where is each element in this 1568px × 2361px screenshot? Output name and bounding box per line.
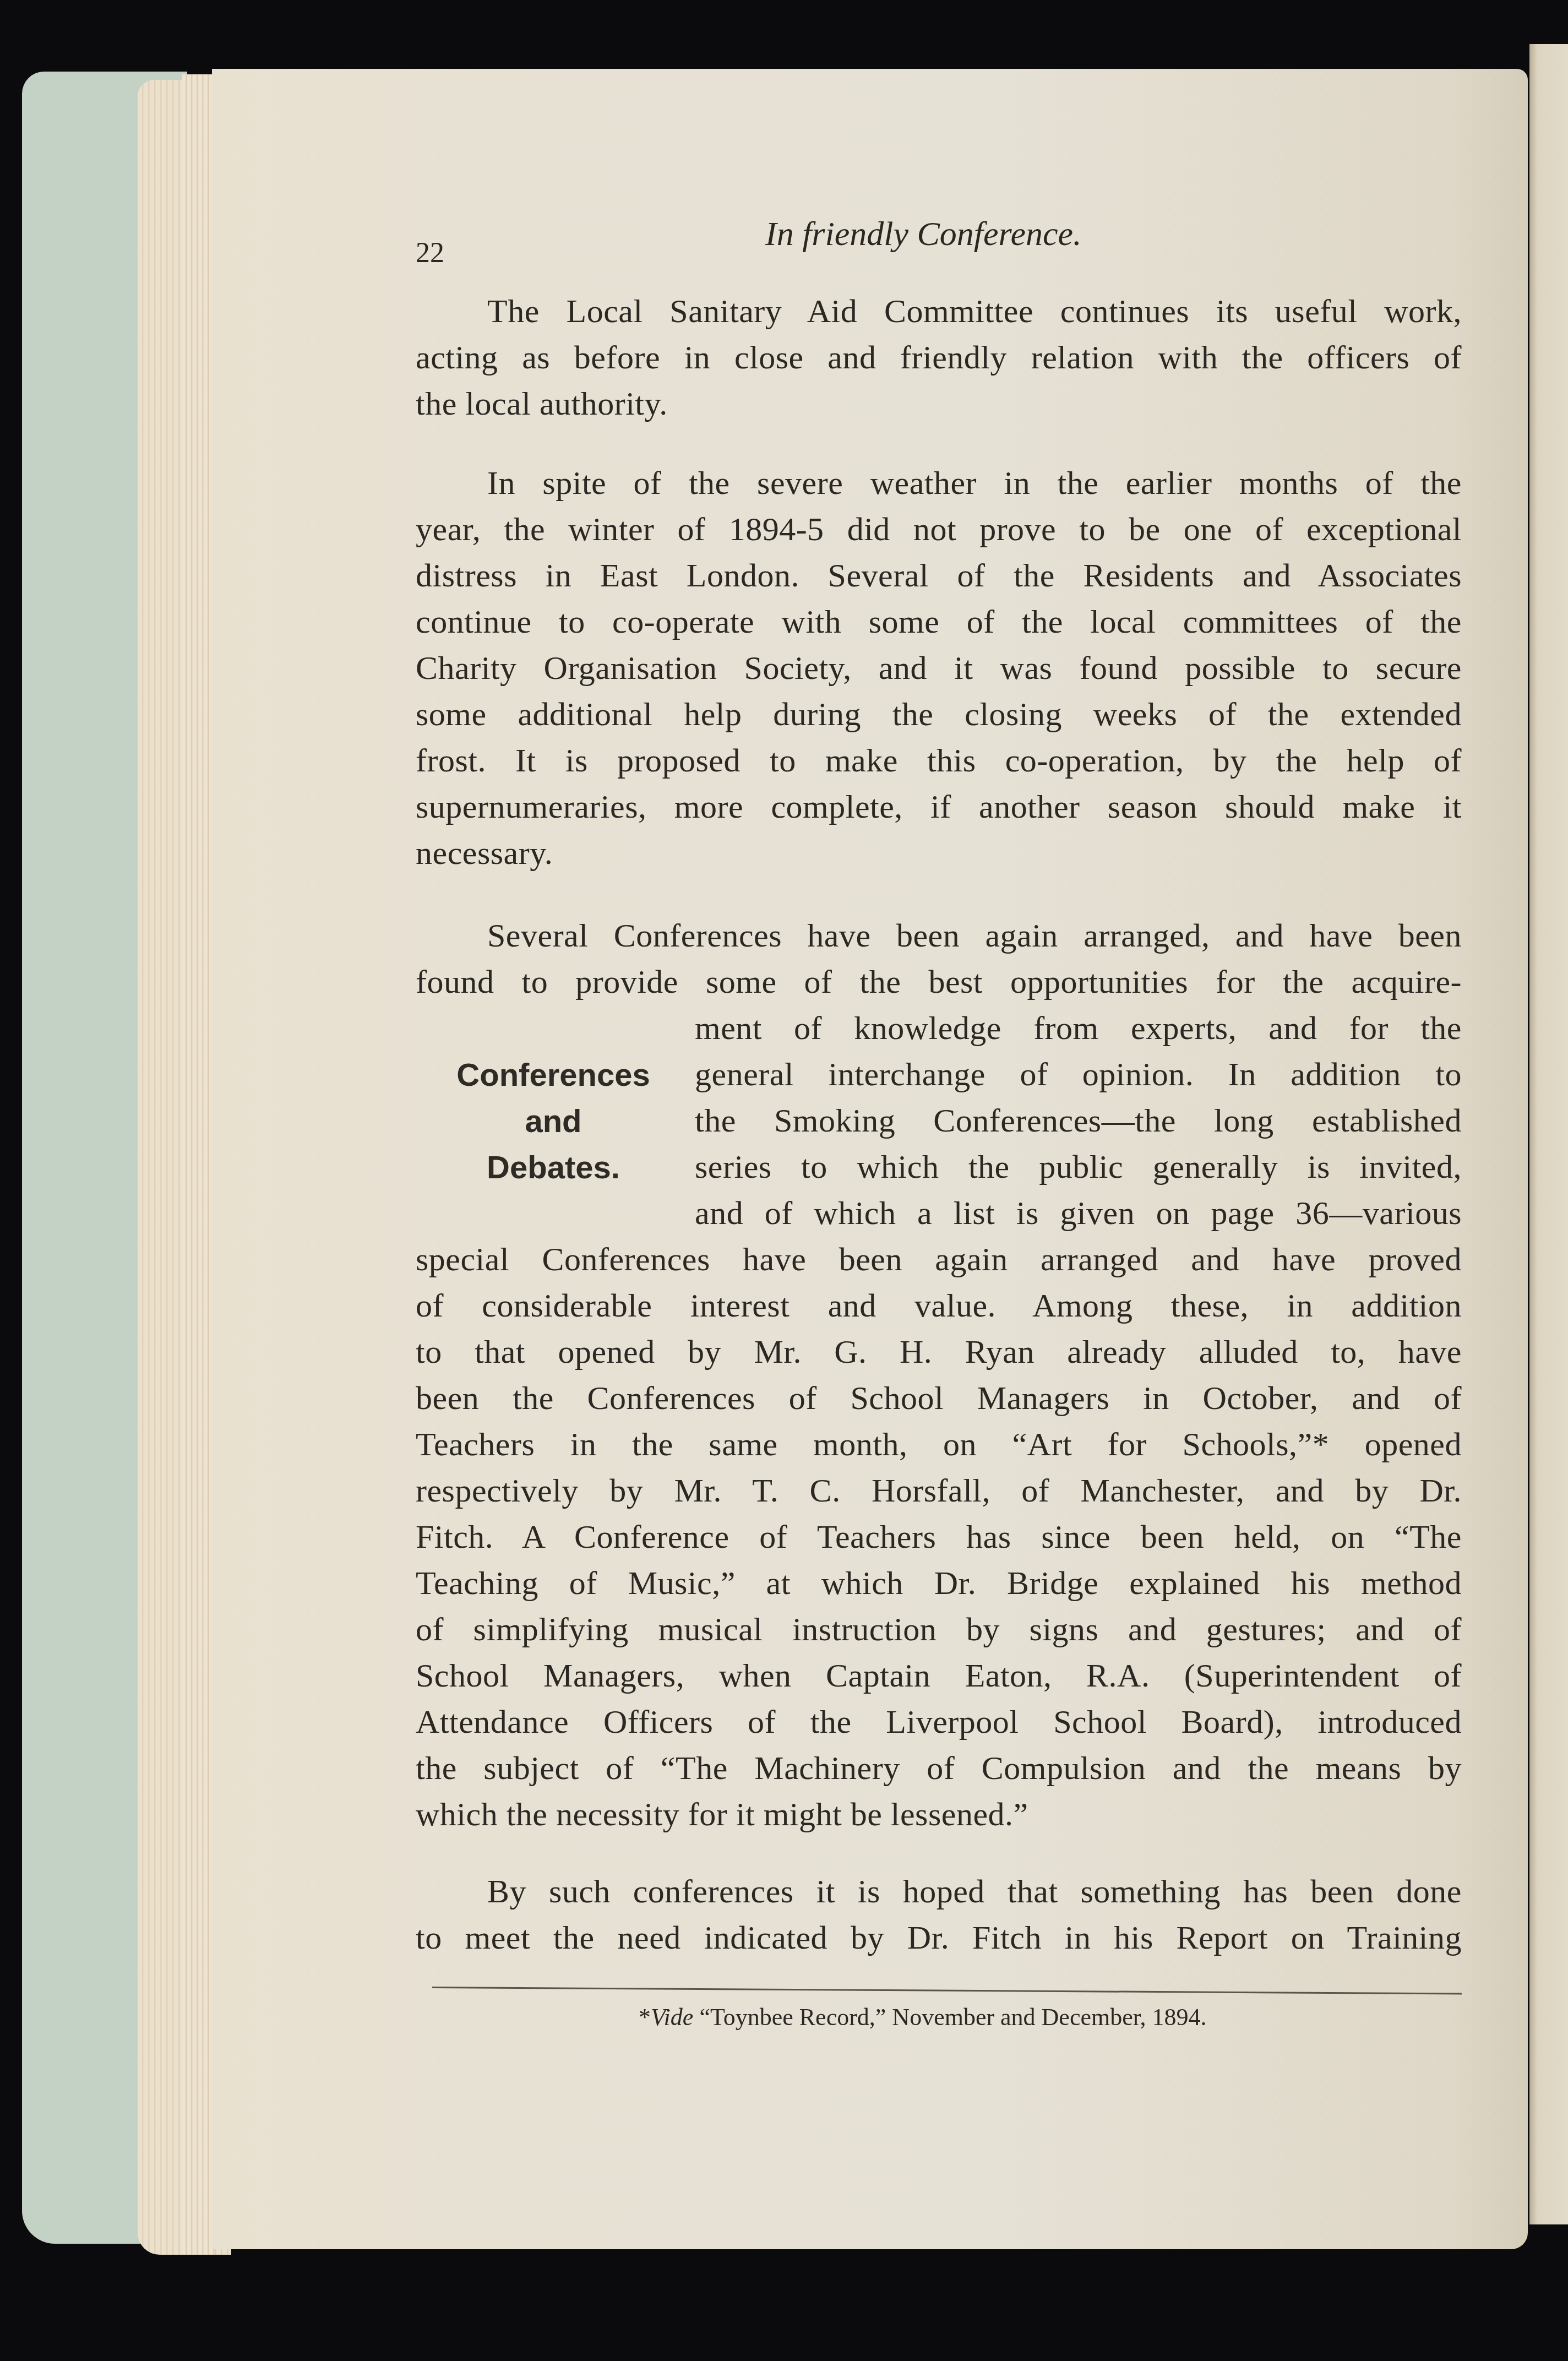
text-line: Teachers in the same month, on “Art for … — [416, 1425, 1462, 1464]
footnote-marker: * — [639, 2004, 651, 2031]
text-line: to meet the need indicated by Dr. Fitch … — [416, 1918, 1462, 1957]
text-line: respectively by Mr. T. C. Horsfall, of M… — [416, 1471, 1462, 1510]
sidenote-line: Conferences — [424, 1056, 683, 1095]
running-head: In friendly Conference. — [765, 215, 1081, 254]
text-line: of considerable interest and value. Amon… — [416, 1286, 1462, 1325]
text-line: series to which the public generally is … — [695, 1147, 1462, 1186]
text-line: to that opened by Mr. G. H. Ryan already… — [416, 1332, 1462, 1371]
footnote: *Vide “Toynbee Record,” November and Dec… — [639, 2003, 1207, 2031]
text-line: special Conferences have been again arra… — [416, 1240, 1462, 1279]
text-line: the Smoking Conferences—the long establi… — [695, 1101, 1462, 1140]
text-line: found to provide some of the best opport… — [416, 962, 1462, 1001]
page-edges-inner — [182, 74, 215, 2255]
text-line: year, the winter of 1894-5 did not prove… — [416, 510, 1462, 548]
text-line: acting as before in close and friendly r… — [416, 338, 1462, 377]
text-line: School Managers, when Captain Eaton, R.A… — [416, 1656, 1462, 1695]
text-line: general interchange of opinion. In addit… — [695, 1055, 1462, 1094]
text-line: distress in East London. Several of the … — [416, 556, 1462, 595]
footnote-text: “Toynbee Record,” November and December,… — [693, 2004, 1206, 2031]
text-line: Several Conferences have been again arra… — [487, 916, 1462, 955]
sidenote-line: Debates. — [424, 1149, 683, 1187]
text-line: continue to co-operate with some of the … — [416, 602, 1462, 641]
text-line: of simplifying musical instruction by si… — [416, 1610, 1462, 1649]
sidenote-line: and — [424, 1102, 683, 1141]
spine-gutter — [1529, 44, 1568, 2224]
text-line: Charity Organisation Society, and it was… — [416, 649, 1462, 687]
text-line: frost. It is proposed to make this co-op… — [416, 741, 1462, 780]
footnote-vide: Vide — [651, 2004, 693, 2031]
text-line: supernumeraries, more complete, if anoth… — [416, 787, 1462, 826]
text-line: ment of knowledge from experts, and for … — [695, 1009, 1462, 1047]
text-line: which the necessity for it might be less… — [416, 1795, 1462, 1834]
text-line: necessary. — [416, 834, 1462, 872]
page-number: 22 — [416, 237, 444, 269]
text-line: Fitch. A Conference of Teachers has sinc… — [416, 1517, 1462, 1556]
text-line: the local authority. — [416, 384, 1462, 423]
text-line: The Local Sanitary Aid Committee continu… — [487, 292, 1462, 330]
text-line: and of which a list is given on page 36—… — [695, 1194, 1462, 1232]
text-line: the subject of “The Machinery of Compuls… — [416, 1749, 1462, 1787]
text-line: some additional help during the closing … — [416, 695, 1462, 733]
text-line: By such conferences it is hoped that som… — [487, 1872, 1462, 1911]
text-line: Teaching of Music,” at which Dr. Bridge … — [416, 1564, 1462, 1602]
text-line: In spite of the severe weather in the ea… — [487, 464, 1462, 502]
text-line: Attendance Officers of the Liverpool Sch… — [416, 1702, 1462, 1741]
text-line: been the Conferences of School Managers … — [416, 1379, 1462, 1417]
